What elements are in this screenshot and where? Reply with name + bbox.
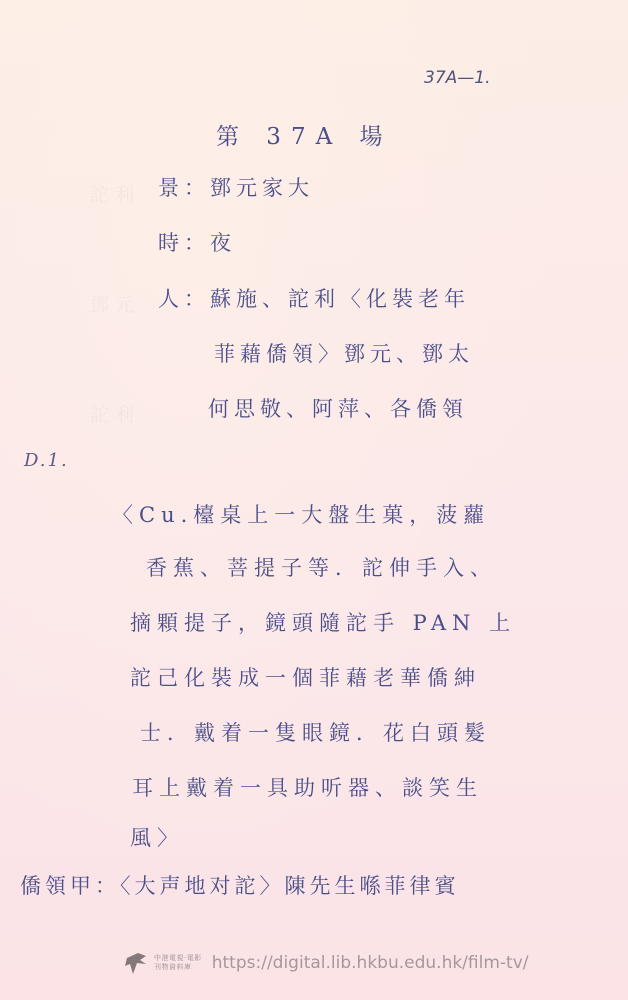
watermark: 中港電視‧電影 刊物資料庫 https://digital.lib.hkbu.e…: [124, 950, 529, 976]
action-line: 〈Cu.檯桌上一大盤生菓，菠蘿: [112, 499, 490, 529]
action-line: 耳上戴着一具助听器、談笑生: [132, 772, 483, 802]
scanned-script-page: 詑利 鄧元 詑利 37A—1. 第 37A 場 景：鄧元家大𢂁 時：夜 人：蘇施…: [0, 0, 628, 1000]
watermark-org-line1: 中港電視‧電影: [154, 954, 202, 963]
library-logo-icon: [124, 950, 148, 976]
action-line: 香蕉、菩提子等．詑伸手入、: [146, 552, 497, 582]
shot-label: D.1.: [24, 450, 69, 471]
action-line: 風〉: [130, 822, 184, 852]
scene-cast-line: 菲藉僑領〉鄧元、鄧太: [214, 338, 474, 368]
watermark-org-line2: 刊物資料庫: [154, 963, 202, 972]
scene-title: 第 37A 場: [216, 118, 393, 151]
watermark-url: https://digital.lib.hkbu.edu.hk/film-tv/: [212, 953, 529, 973]
scene-time: 時：夜: [158, 227, 236, 257]
page-number: 37A—1.: [424, 68, 490, 88]
scene-cast-line: 人：蘇施、詑利〈化裝老年: [158, 283, 470, 313]
scene-location: 景：鄧元家大𢂁: [158, 172, 319, 202]
action-line: 摘顆提子，鏡頭隨詑手 PAN 上: [130, 607, 516, 637]
scene-cast-line: 何思敬、阿萍、各僑領: [208, 393, 468, 423]
watermark-org: 中港電視‧電影 刊物資料庫: [154, 954, 202, 972]
dialogue-line: 僑領甲：〈大声地对詑〉陳先生喺菲律賓: [20, 870, 460, 900]
action-line: 士．戴着一隻眼鏡．花白頭髮: [140, 717, 491, 747]
action-line: 詑己化裝成一個菲藉老華僑紳: [130, 662, 481, 692]
